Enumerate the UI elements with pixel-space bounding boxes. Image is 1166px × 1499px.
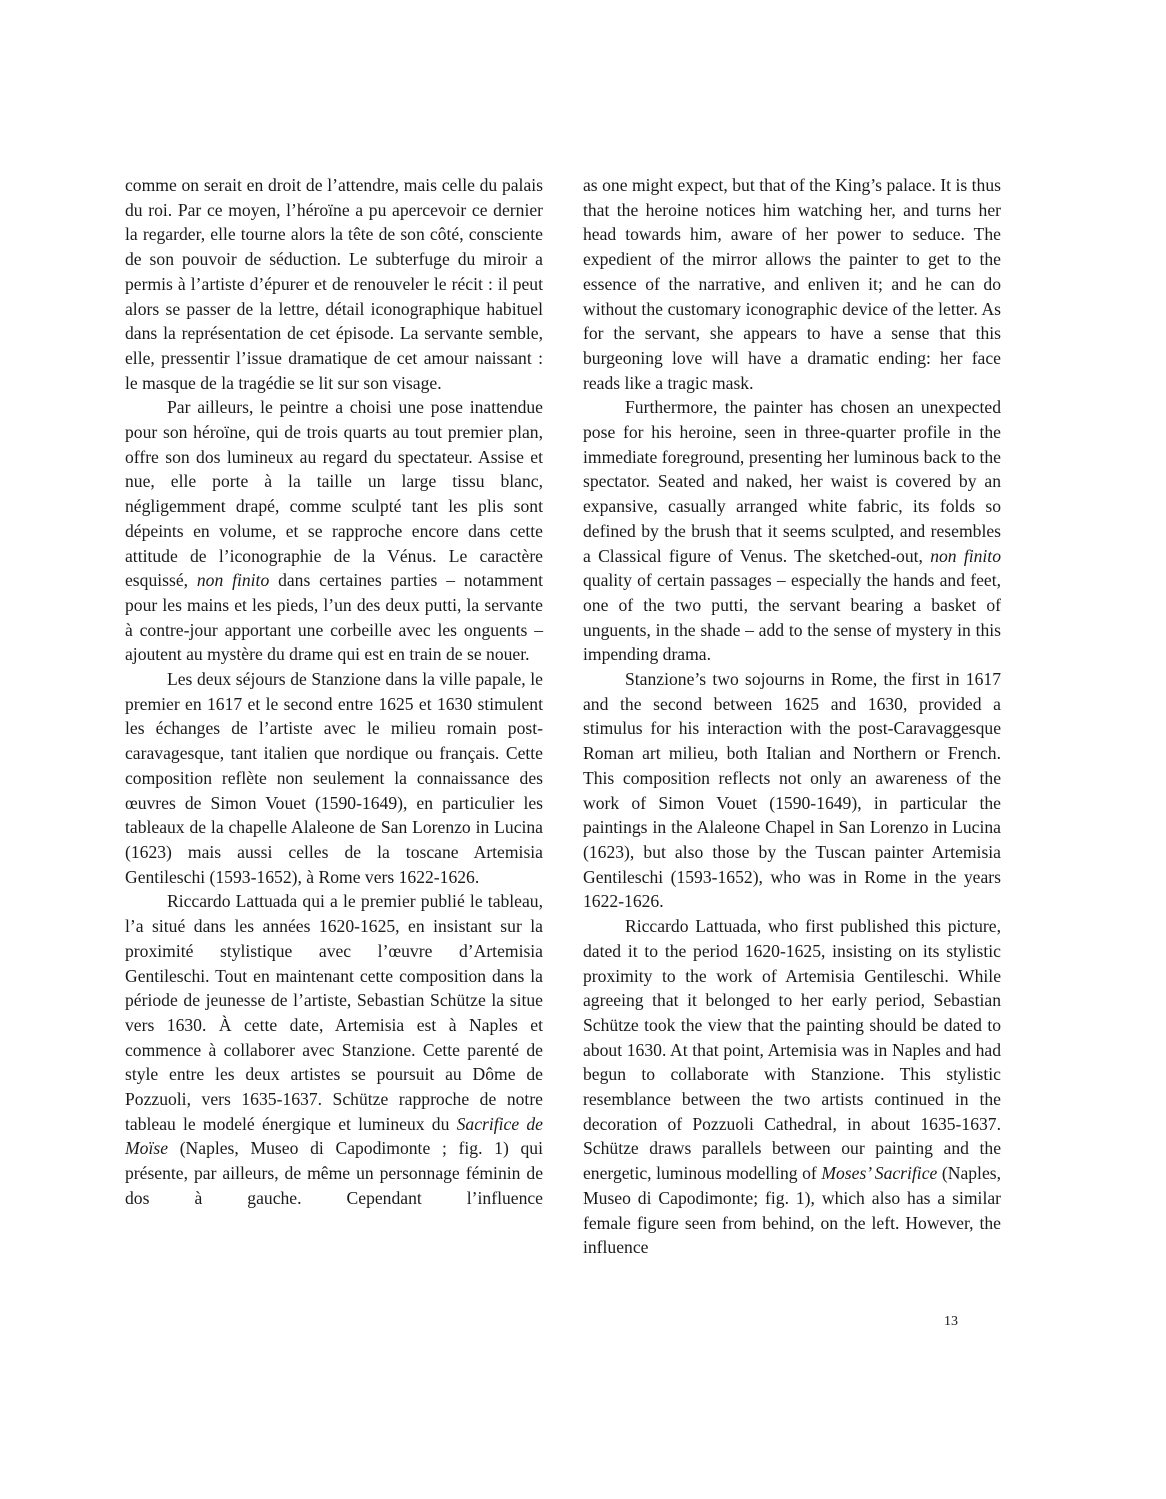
paragraph: Furthermore, the painter has chosen an u… — [583, 395, 1001, 667]
paragraph: Riccardo Lattuada, who first published t… — [583, 914, 1001, 1260]
text-run: Stanzione’s two sojourns in Rome, the fi… — [583, 669, 1001, 911]
text-run: as one might expect, but that of the Kin… — [583, 175, 1001, 393]
text-run: (Naples, Museo di Capodimonte ; fig. 1) … — [125, 1138, 543, 1207]
text-run: Furthermore, the painter has chosen an u… — [583, 397, 1001, 565]
english-text-column: as one might expect, but that of the Kin… — [583, 173, 1001, 1260]
text-run: quality of certain passages – especially… — [583, 570, 1001, 664]
french-text-column: comme on serait en droit de l’attendre, … — [125, 173, 543, 1211]
italic-title: Moses’ Sacrifice — [821, 1163, 937, 1183]
page-number: 13 — [944, 1314, 958, 1330]
text-run: comme on serait en droit de l’attendre, … — [125, 175, 543, 393]
text-run: Riccardo Lattuada, who first published t… — [583, 916, 1001, 1183]
paragraph: Les deux séjours de Stanzione dans la vi… — [125, 667, 543, 889]
paragraph: Riccardo Lattuada qui a le premier publi… — [125, 889, 543, 1210]
italic-term: non finito — [197, 570, 269, 590]
paragraph: Stanzione’s two sojourns in Rome, the fi… — [583, 667, 1001, 914]
text-run: Les deux séjours de Stanzione dans la vi… — [125, 669, 543, 887]
text-run: Riccardo Lattuada qui a le premier publi… — [125, 891, 543, 1133]
italic-term: non finito — [930, 546, 1001, 566]
paragraph: comme on serait en droit de l’attendre, … — [125, 173, 543, 395]
document-page: comme on serait en droit de l’attendre, … — [0, 0, 1166, 1499]
paragraph: as one might expect, but that of the Kin… — [583, 173, 1001, 395]
text-run: Par ailleurs, le peintre a choisi une po… — [125, 397, 543, 590]
paragraph: Par ailleurs, le peintre a choisi une po… — [125, 395, 543, 667]
